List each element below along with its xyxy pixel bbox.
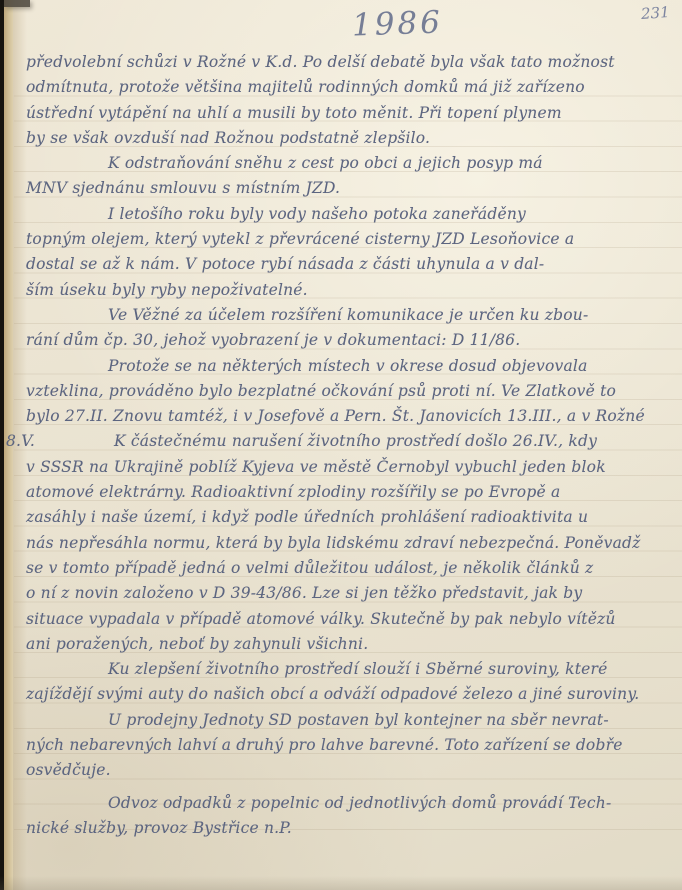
manuscript-line: o ní z novin založeno v D 39-43/86. Lze … bbox=[26, 581, 670, 606]
manuscript-line: topným olejem, který vytekl z převrácené… bbox=[26, 227, 670, 252]
manuscript-line: ústřední vytápění na uhlí a musili by to… bbox=[26, 101, 670, 126]
manuscript-line: ných nebarevných lahví a druhý pro lahve… bbox=[26, 733, 670, 758]
manuscript-line: předvolební schůzi v Rožné v K.d. Po del… bbox=[26, 50, 670, 75]
manuscript-line: zasáhly i naše území, i když podle úředn… bbox=[26, 505, 670, 530]
manuscript-line: I letošího roku byly vody našeho potoka … bbox=[26, 202, 670, 227]
manuscript-line: se v tomto případě jedná o velmi důležit… bbox=[26, 556, 670, 581]
manuscript-line: ani poražených, neboť by zahynuli všichn… bbox=[26, 632, 670, 657]
manuscript-line: situace vypadala v případě atomové války… bbox=[26, 607, 670, 632]
manuscript-line: odmítnuta, protože většina majitelů rodi… bbox=[26, 75, 670, 100]
manuscript-line: Ve Věžné za účelem rozšíření komunikace … bbox=[26, 303, 670, 328]
scan-bottom-shadow bbox=[0, 876, 682, 890]
manuscript-line: zajíždějí svými auty do našich obcí a od… bbox=[26, 682, 670, 707]
manuscript-line: Ku zlepšení životního prostředí slouží i… bbox=[26, 657, 670, 682]
binding-edge-black bbox=[0, 0, 4, 890]
manuscript-line: atomové elektrárny. Radioaktivní zplodin… bbox=[26, 480, 670, 505]
page-number: 231 bbox=[641, 3, 671, 23]
manuscript-line: vzteklina, prováděno bylo bezplatné očko… bbox=[26, 379, 670, 404]
manuscript-line: Odvoz odpadků z popelnic od jednotlivých… bbox=[26, 791, 670, 816]
manuscript-line: MNV sjednánu smlouvu s místním JZD. bbox=[26, 176, 670, 201]
manuscript-line: nás nepřesáhla normu, která by byla lids… bbox=[26, 531, 670, 556]
manuscript-body: předvolební schůzi v Rožné v K.d. Po del… bbox=[26, 50, 670, 841]
manuscript-line: 8.V.K částečnému narušení životního pros… bbox=[26, 429, 670, 454]
manuscript-line: dostal se až k nám. V potoce rybí násada… bbox=[26, 252, 670, 277]
manuscript-line: U prodejny Jednoty SD postaven byl konte… bbox=[26, 708, 670, 733]
manuscript-line: osvědčuje. bbox=[26, 758, 670, 783]
manuscript-line: rání dům čp. 30, jehož vyobrazení je v d… bbox=[26, 328, 670, 353]
margin-date-note: 8.V. bbox=[6, 429, 35, 454]
manuscript-line: bylo 27.II. Znovu tamtéž, i v Josefově a… bbox=[26, 404, 670, 429]
manuscript-line: ším úseku byly ryby nepoživatelné. bbox=[26, 278, 670, 303]
manuscript-line: v SSSR na Ukrajině poblíž Kyjeva ve měst… bbox=[26, 455, 670, 480]
line-text: K částečnému narušení životního prostřed… bbox=[114, 432, 597, 450]
manuscript-line: Protože se na některých místech v okrese… bbox=[26, 354, 670, 379]
manuscript-line: K odstraňování sněhu z cest po obci a je… bbox=[26, 151, 670, 176]
scan-corner-smudge bbox=[4, 0, 30, 7]
year-heading: 1986 bbox=[351, 4, 443, 43]
manuscript-line: by se však ovzduší nad Rožnou podstatně … bbox=[26, 126, 670, 151]
manuscript-line: nické služby, provoz Bystřice n.P. bbox=[26, 816, 670, 841]
